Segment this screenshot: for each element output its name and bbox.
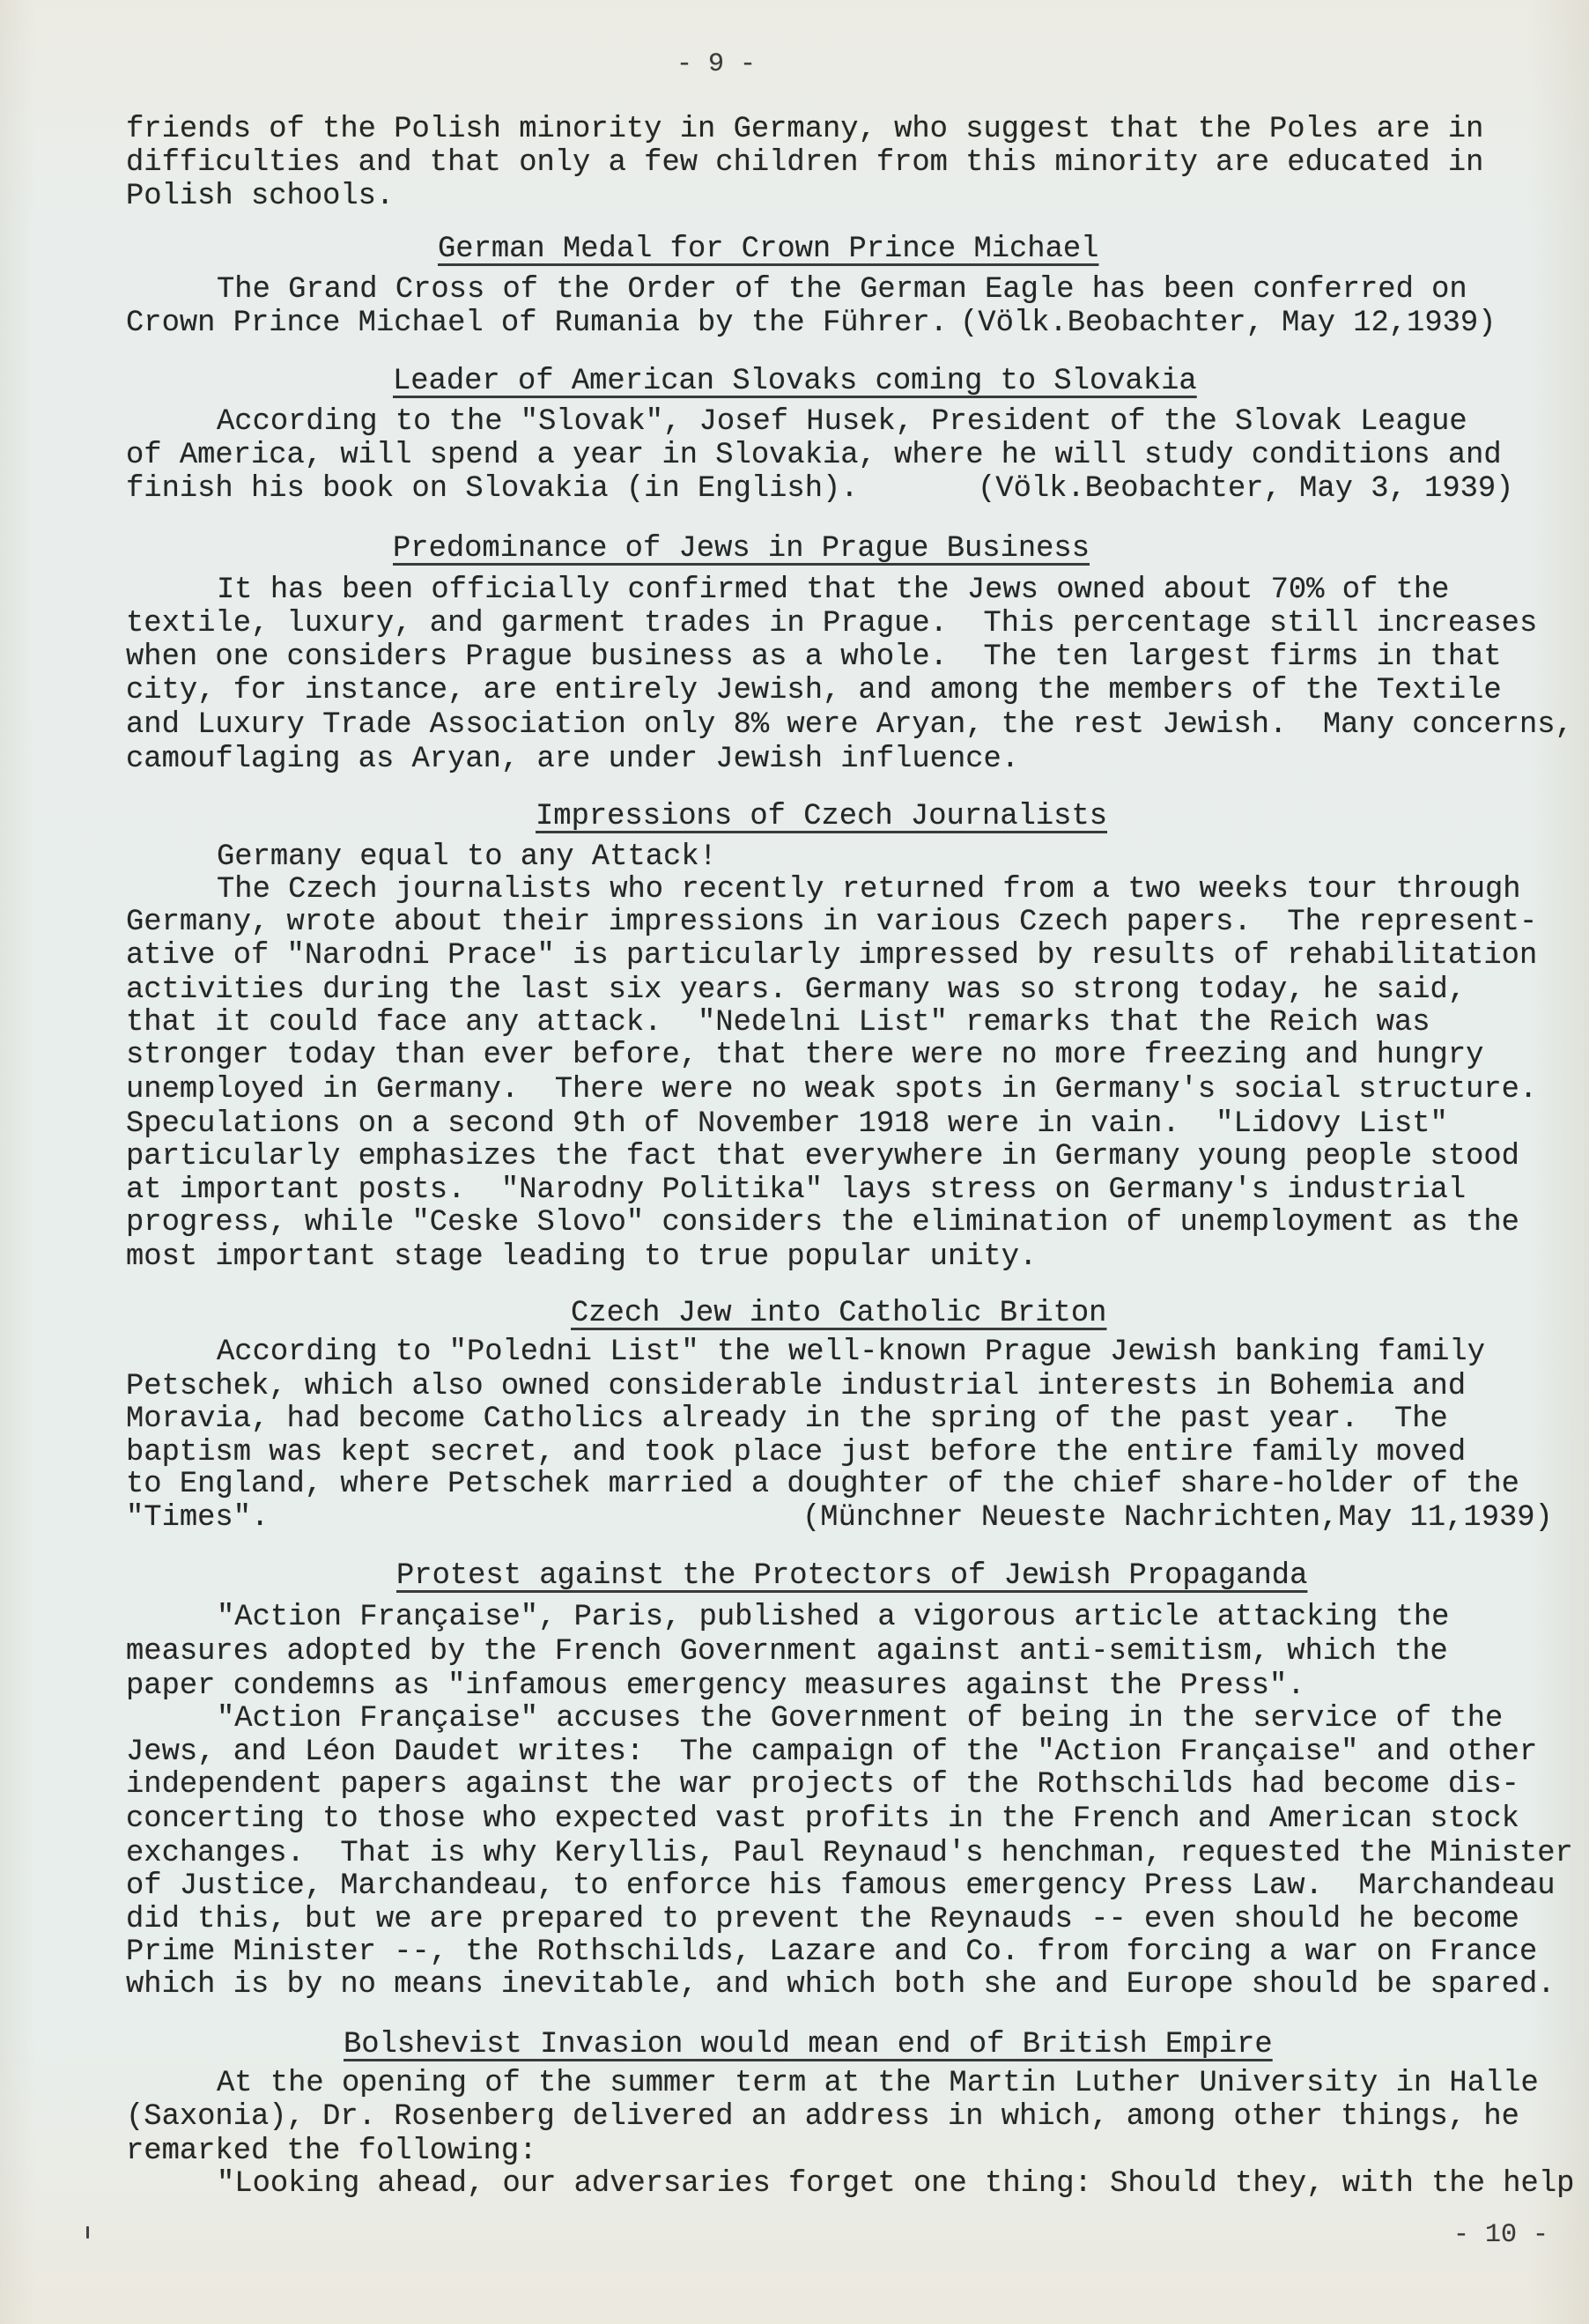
body-line: did this, but we are prepared to prevent…: [126, 1903, 1519, 1936]
intro-line: difficulties and that only a few childre…: [126, 146, 1483, 180]
body-line: "Action Française" accuses the Governmen…: [217, 1702, 1503, 1736]
body-line: remarked the following:: [126, 2135, 536, 2168]
body-line: According to "Poledni List" the well-kno…: [217, 1336, 1485, 1369]
body-line: of America, will spend a year in Slovaki…: [126, 439, 1502, 472]
section-heading: Leader of American Slovaks coming to Slo…: [393, 365, 1197, 398]
body-line: Petschek, which also owned considerable …: [126, 1370, 1466, 1403]
paper-edge-left: [0, 0, 35, 2324]
intro-line: friends of the Polish minority in German…: [126, 113, 1483, 146]
intro-line: Polish schools.: [126, 180, 394, 213]
body-line: baptism was kept secret, and took place …: [126, 1436, 1466, 1469]
body-line: independent papers against the war proje…: [126, 1768, 1519, 1802]
body-line: city, for instance, are entirely Jewish,…: [126, 674, 1502, 707]
page-number-top: - 9 -: [676, 48, 756, 81]
body-line: Germany, wrote about their impressions i…: [126, 906, 1537, 939]
body-line: progress, while "Ceske Slovo" considers …: [126, 1206, 1519, 1240]
section-heading: Protest against the Protectors of Jewish…: [396, 1559, 1307, 1593]
section-heading: Impressions of Czech Journalists: [536, 800, 1107, 833]
body-line: "Looking ahead, our adversaries forget o…: [217, 2167, 1574, 2201]
body-line: and Luxury Trade Association only 8% wer…: [126, 708, 1573, 742]
body-line: Prime Minister --, the Rothschilds, Laza…: [126, 1935, 1537, 1969]
section-heading: Czech Jew into Catholic Briton: [571, 1297, 1106, 1330]
body-line: Speculations on a second 9th of November…: [126, 1107, 1448, 1141]
body-line: to England, where Petschek married a dou…: [126, 1468, 1519, 1501]
body-line: paper condemns as "infamous emergency me…: [126, 1669, 1305, 1703]
body-line: The Grand Cross of the Order of the Germ…: [217, 273, 1467, 307]
source-citation: (Völk.Beobachter, May 3, 1939): [978, 472, 1513, 506]
source-citation: (Völk.Beobachter, May 12,1939): [960, 307, 1496, 340]
body-line: "Times".: [126, 1501, 269, 1535]
body-line: stronger today than ever before, that th…: [126, 1039, 1483, 1072]
body-line: at important posts. "Narodny Politika" l…: [126, 1173, 1466, 1207]
body-line: concerting to those who expected vast pr…: [126, 1802, 1519, 1836]
section-heading: German Medal for Crown Prince Michael: [438, 233, 1098, 266]
body-line: (Saxonia), Dr. Rosenberg delivered an ad…: [126, 2100, 1519, 2134]
source-citation: (Münchner Neueste Nachrichten,May 11,193…: [802, 1501, 1553, 1535]
body-line: of Justice, Marchandeau, to enforce his …: [126, 1869, 1556, 1903]
body-line: exchanges. That is why Keryllis, Paul Re…: [126, 1837, 1573, 1870]
body-line: most important stage leading to true pop…: [126, 1240, 1037, 1274]
body-line: At the opening of the summer term at the…: [217, 2067, 1539, 2100]
body-line: camouflaging as Aryan, are under Jewish …: [126, 743, 1019, 776]
body-line: finish his book on Slovakia (in English)…: [126, 472, 859, 506]
body-line: particularly emphasizes the fact that ev…: [126, 1140, 1519, 1173]
body-line: which is by no means inevitable, and whi…: [126, 1968, 1556, 2002]
body-line: Moravia, had become Catholics already in…: [126, 1403, 1448, 1436]
body-line: ative of "Narodni Prace" is particularly…: [126, 939, 1537, 973]
body-line: when one considers Prague business as a …: [126, 640, 1502, 674]
body-line: It has been officially confirmed that th…: [217, 574, 1449, 607]
body-line: The Czech journalists who recently retur…: [217, 873, 1521, 907]
document-page: - 9 - friends of the Polish minority in …: [0, 0, 1589, 2324]
section-heading: Predominance of Jews in Prague Business: [393, 532, 1090, 566]
section-subheading: Germany equal to any Attack!: [217, 840, 717, 874]
body-line: "Action Française", Paris, published a v…: [217, 1601, 1449, 1634]
body-line: Crown Prince Michael of Rumania by the F…: [126, 307, 948, 340]
body-line: that it could face any attack. "Nedelni …: [126, 1006, 1430, 1040]
paper-speck: [86, 2226, 89, 2239]
body-line: unemployed in Germany. There were no wea…: [126, 1073, 1537, 1106]
body-line: According to the "Slovak", Josef Husek, …: [217, 405, 1467, 439]
body-line: activities during the last six years. Ge…: [126, 973, 1466, 1007]
body-line: textile, luxury, and garment trades in P…: [126, 607, 1537, 640]
body-line: measures adopted by the French Governmen…: [126, 1635, 1448, 1669]
section-heading: Bolshevist Invasion would mean end of Br…: [344, 2028, 1273, 2061]
page-number-bottom: - 10 -: [1453, 2218, 1548, 2252]
body-line: Jews, and Léon Daudet writes: The campai…: [126, 1736, 1537, 1769]
